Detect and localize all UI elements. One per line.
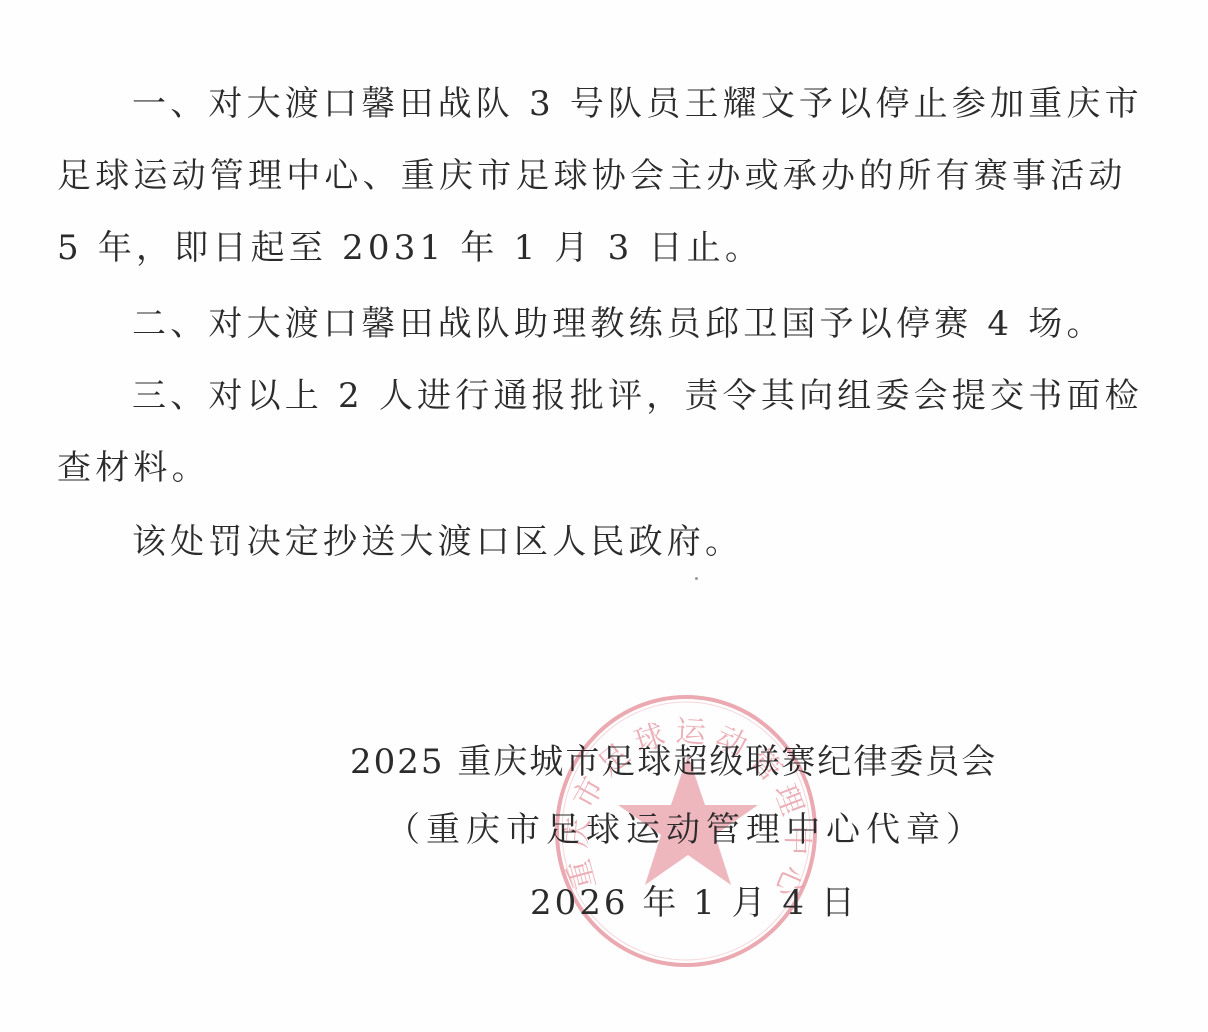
- item-3-line-1: 三、对以上 2 人进行通报批评，责令其向组委会提交书面检: [132, 376, 1072, 416]
- item-1-line-3: 5 年，即日起至 2031 年 1 月 3 日止。: [57, 228, 763, 268]
- item-1-line-2: 足球运动管理中心、重庆市足球协会主办或承办的所有赛事活动: [57, 156, 1072, 196]
- scan-speck: [695, 577, 698, 580]
- cc-note: 该处罚决定抄送大渡口区人民政府。: [132, 522, 743, 562]
- issuer-name: 2025 重庆城市足球超级联赛纪律委员会: [350, 742, 997, 782]
- item-2-line-1: 二、对大渡口馨田战队助理教练员邱卫国予以停赛 4 场。: [132, 304, 1105, 344]
- seal-note: （重庆市足球运动管理中心代章）: [386, 810, 986, 850]
- item-1-line-1: 一、对大渡口馨田战队 3 号队员王耀文予以停止参加重庆市: [132, 84, 1072, 124]
- document-page: 一、对大渡口馨田战队 3 号队员王耀文予以停止参加重庆市 足球运动管理中心、重庆…: [0, 0, 1208, 1032]
- issue-date: 2026 年 1 月 4 日: [530, 883, 858, 923]
- item-3-line-2: 查材料。: [57, 448, 210, 488]
